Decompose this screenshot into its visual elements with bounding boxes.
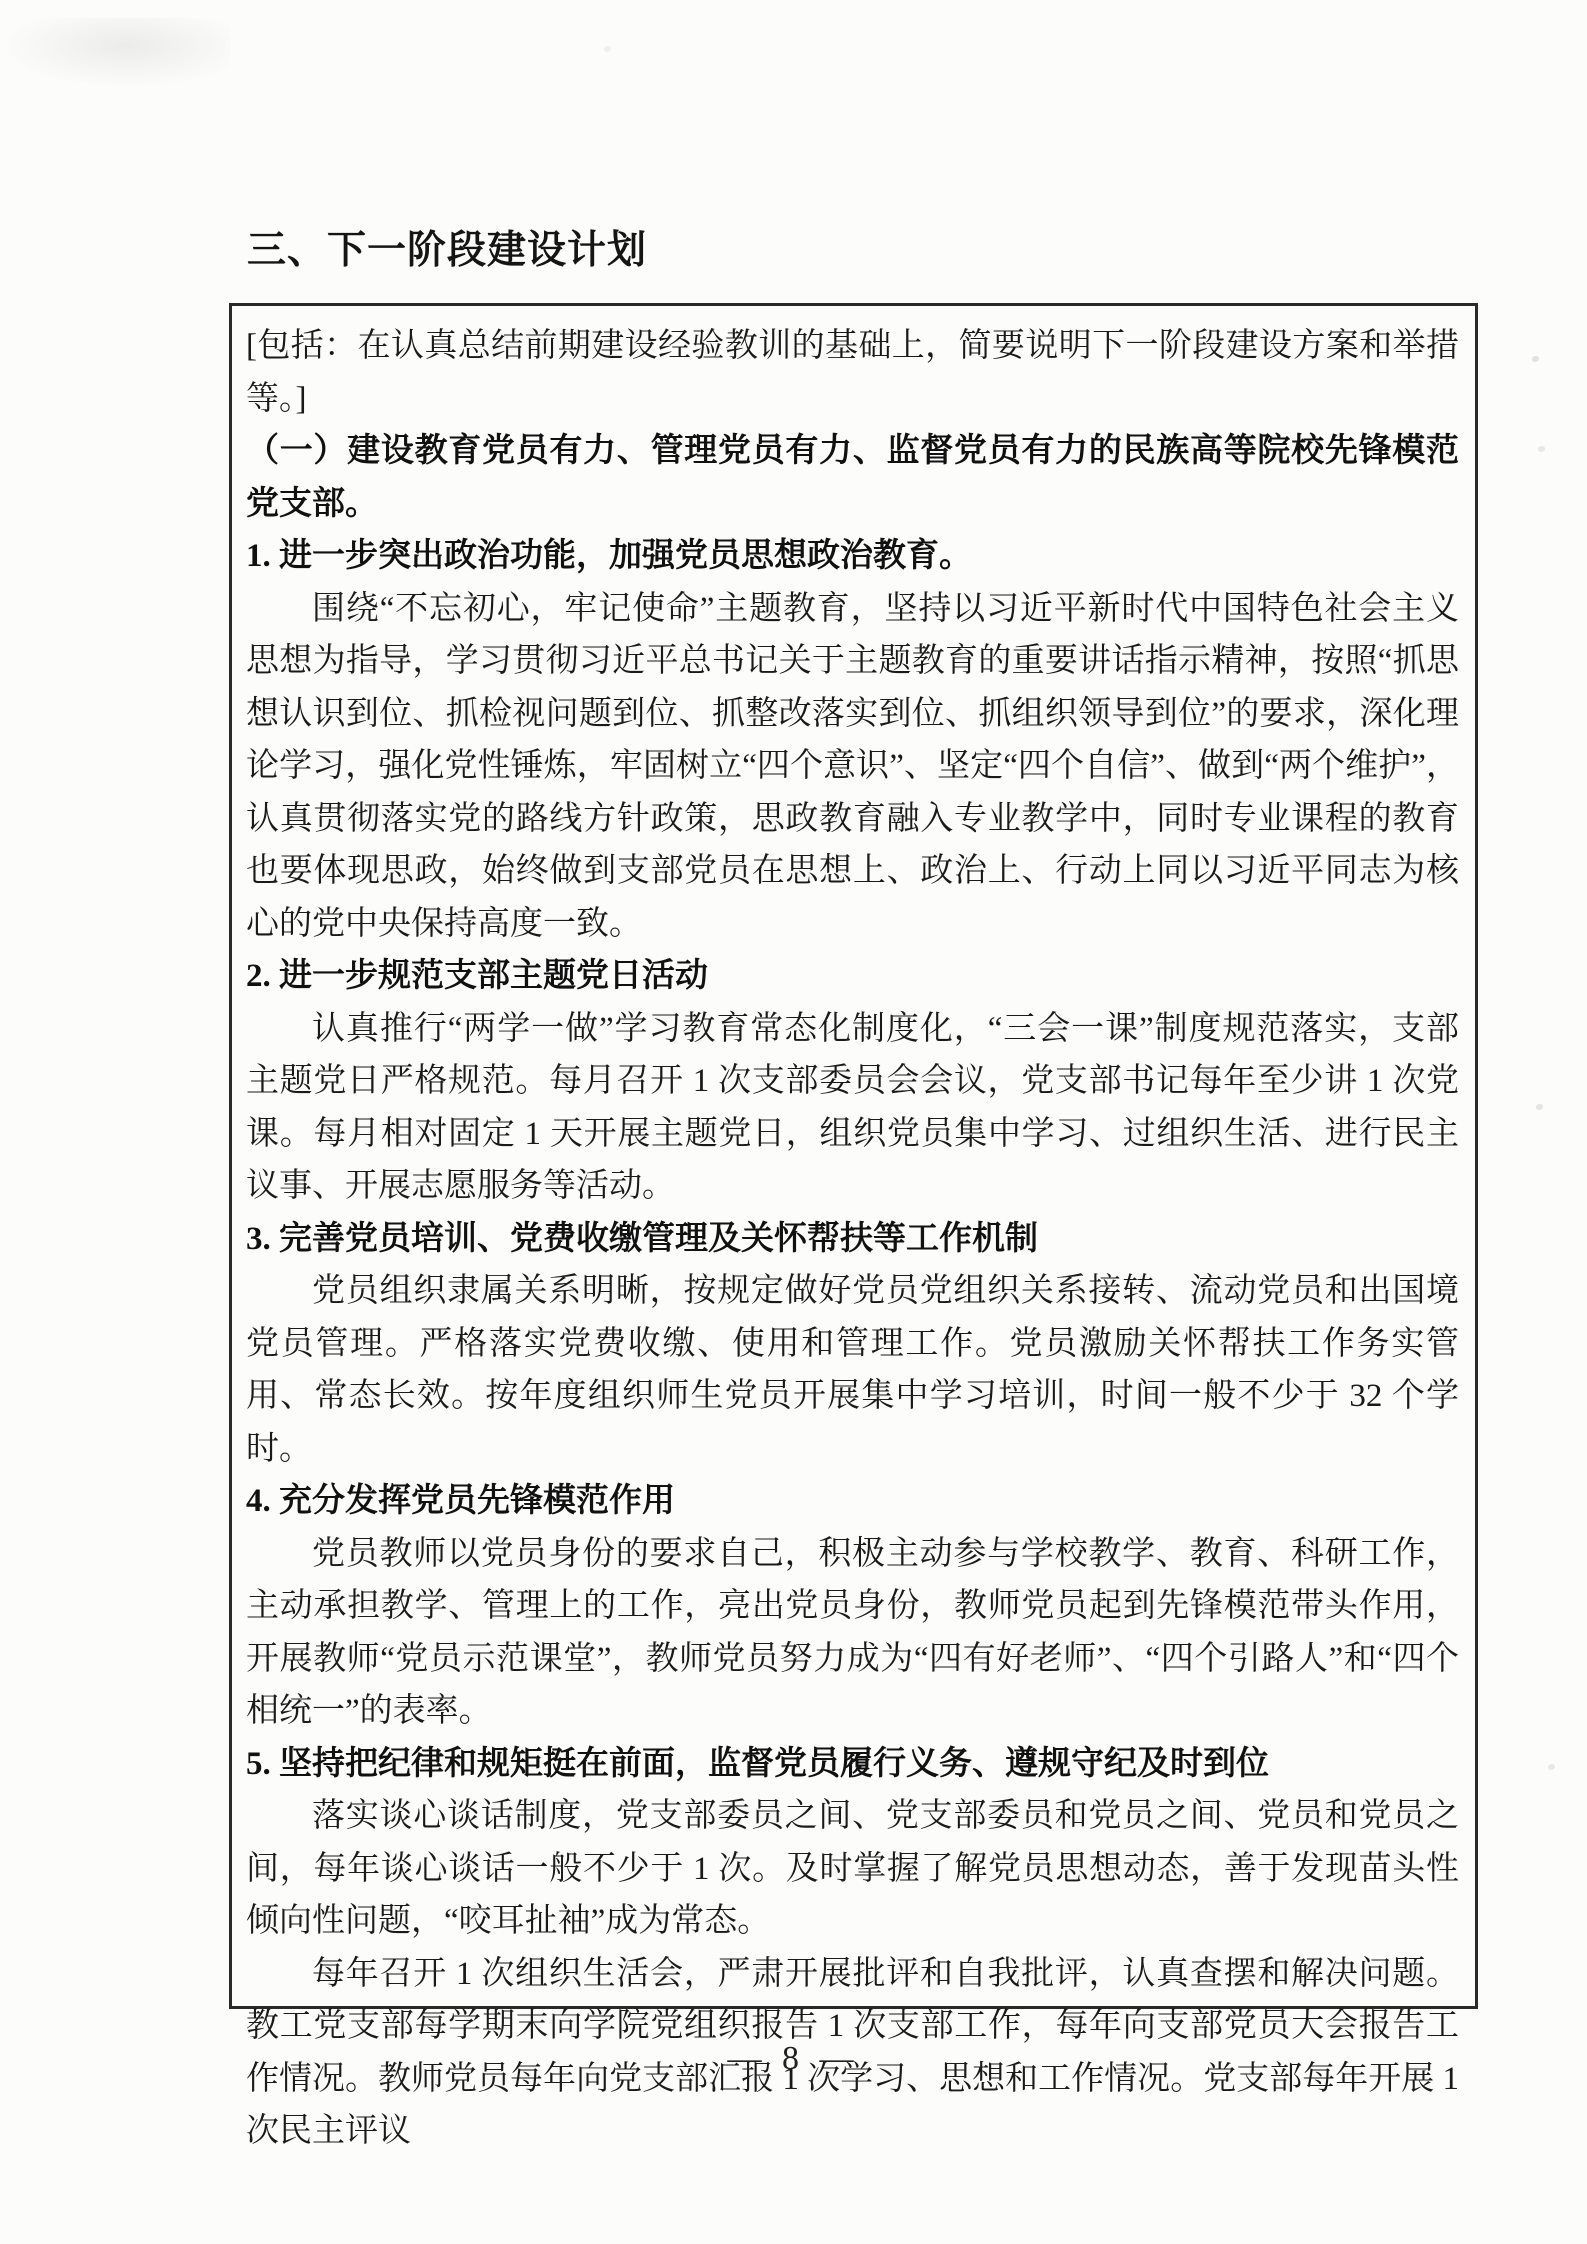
- editor-note: [包括：在认真总结前期建设经验教训的基础上，简要说明下一阶段建设方案和举措等。]: [246, 320, 1459, 425]
- body-paragraph: 认真推行“两学一做”学习教育常态化制度化，“三会一课”制度规范落实，支部主题党日…: [246, 1003, 1459, 1213]
- subsection-heading: 1. 进一步突出政治功能，加强党员思想政治教育。: [246, 530, 1459, 583]
- scan-speck: [1536, 1104, 1543, 1110]
- subsection-heading: 5. 坚持把纪律和规矩挺在前面，监督党员履行义务、遵规守纪及时到位: [246, 1738, 1459, 1791]
- body-paragraph: 落实谈心谈话制度，党支部委员之间、党支部委员和党员之间、党员和党员之间，每年谈心…: [246, 1790, 1459, 1948]
- subsection-heading: （一）建设教育党员有力、管理党员有力、监督党员有力的民族高等院校先锋模范党支部。: [246, 425, 1459, 530]
- scan-speck: [1532, 356, 1539, 362]
- body-paragraph: 围绕“不忘初心，牢记使命”主题教育，坚持以习近平新时代中国特色社会主义思想为指导…: [246, 583, 1459, 951]
- scan-speck: [604, 46, 611, 52]
- scan-smudge: [0, 18, 230, 88]
- subsection-heading: 2. 进一步规范支部主题党日活动: [246, 950, 1459, 1003]
- scan-speck: [1538, 446, 1545, 452]
- page-number: — 8 —: [0, 2040, 1587, 2078]
- section-title: 三、下一阶段建设计划: [247, 219, 647, 275]
- subsection-heading: 4. 充分发挥党员先锋模范作用: [246, 1475, 1459, 1528]
- subsection-heading: 3. 完善党员培训、党费收缴管理及关怀帮扶等工作机制: [246, 1213, 1459, 1266]
- scanned-document-page: { "colors": { "paper": "#fcfcfb", "ink":…: [0, 0, 1587, 2244]
- content-box: [包括：在认真总结前期建设经验教训的基础上，简要说明下一阶段建设方案和举措等。]…: [229, 303, 1478, 2009]
- body-paragraph: 党员组织隶属关系明晰，按规定做好党员党组织关系接转、流动党员和出国境党员管理。严…: [246, 1265, 1459, 1475]
- scan-speck: [1548, 1764, 1555, 1770]
- body-paragraph: 党员教师以党员身份的要求自己，积极主动参与学校教学、教育、科研工作，主动承担教学…: [246, 1528, 1459, 1738]
